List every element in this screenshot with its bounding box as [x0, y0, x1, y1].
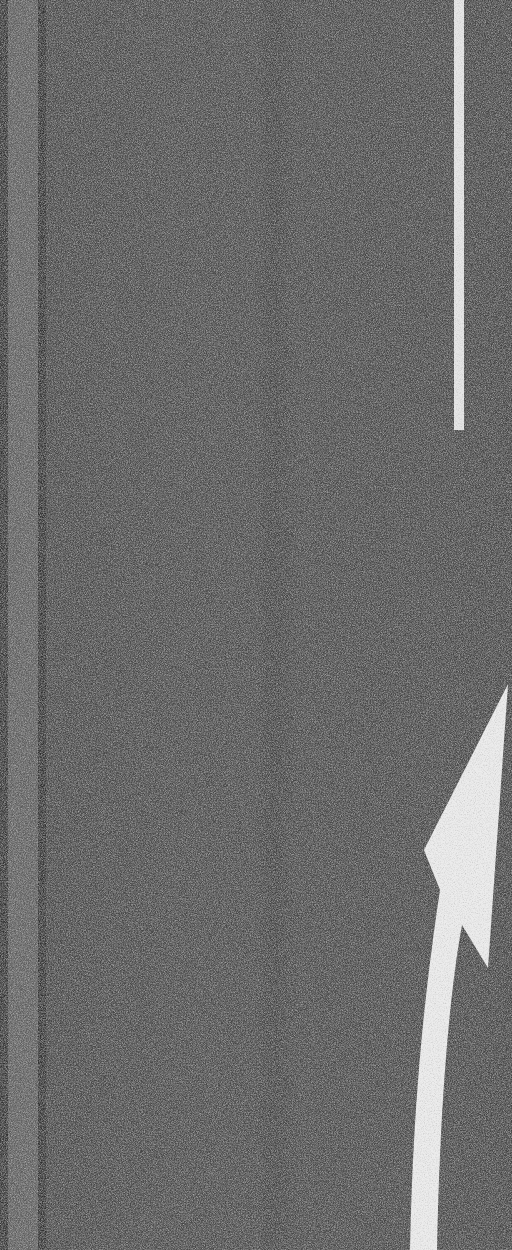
left-curb [0, 0, 46, 1250]
road-aerial-photo [0, 0, 512, 1250]
road-canvas [0, 0, 512, 1250]
dashed-lane-line [454, 0, 464, 430]
